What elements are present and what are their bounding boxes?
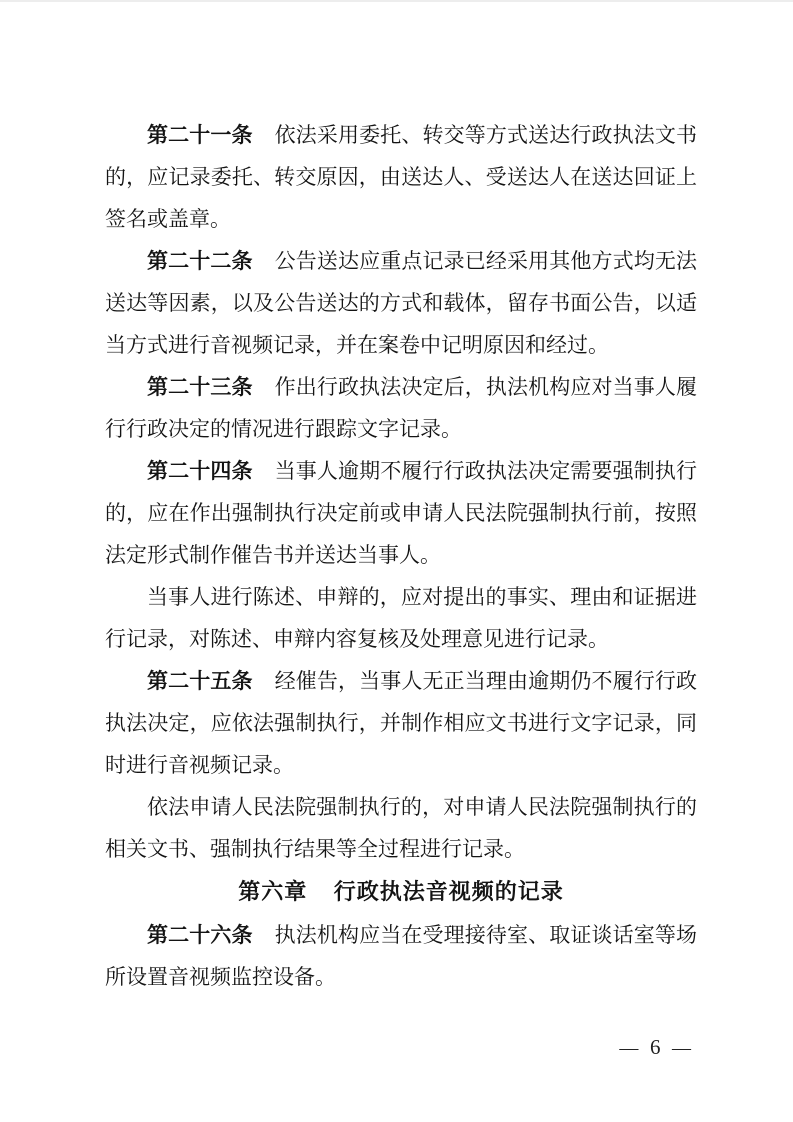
document-page: 第二十一条依法采用委托、转交等方式送达行政执法文书的，应记录委托、转交原因，由送… <box>0 0 793 1122</box>
article-24-paragraph: 第二十四条当事人逾期不履行行政执法决定需要强制执行的，应在作出强制执行决定前或申… <box>105 450 697 576</box>
footer-right-dash: — <box>672 1038 691 1059</box>
chapter-6-heading: 第六章行政执法音视频的记录 <box>105 870 697 914</box>
article-24-clause-2-paragraph: 当事人进行陈述、申辩的，应对提出的事实、理由和证据进行记录，对陈述、申辩内容复核… <box>105 576 697 660</box>
article-23-number: 第二十三条 <box>147 375 253 399</box>
article-22-number: 第二十二条 <box>147 249 253 273</box>
document-body: 第二十一条依法采用委托、转交等方式送达行政执法文书的，应记录委托、转交原因，由送… <box>105 114 697 998</box>
article-25-paragraph: 第二十五条经催告，当事人无正当理由逾期仍不履行行政执法决定，应依法强制执行，并制… <box>105 660 697 786</box>
article-26-number: 第二十六条 <box>147 923 253 947</box>
article-21-number: 第二十一条 <box>147 123 253 147</box>
article-24-clause-2-text: 当事人进行陈述、申辩的，应对提出的事实、理由和证据进行记录，对陈述、申辩内容复核… <box>105 585 697 651</box>
article-23-paragraph: 第二十三条作出行政执法决定后，执法机构应对当事人履行行政决定的情况进行跟踪文字记… <box>105 366 697 450</box>
chapter-6-title: 行政执法音视频的记录 <box>334 879 564 904</box>
page-number: 6 <box>650 1035 661 1059</box>
article-22-paragraph: 第二十二条公告送达应重点记录已经采用其他方式均无法送达等因素，以及公告送达的方式… <box>105 240 697 366</box>
article-25-number: 第二十五条 <box>147 669 253 693</box>
article-25-clause-2-text: 依法申请人民法院强制执行的，对申请人民法院强制执行的相关文书、强制执行结果等全过… <box>105 795 697 861</box>
page-number-footer: —6— <box>619 1032 691 1064</box>
article-25-clause-2-paragraph: 依法申请人民法院强制执行的，对申请人民法院强制执行的相关文书、强制执行结果等全过… <box>105 786 697 870</box>
article-26-paragraph: 第二十六条执法机构应当在受理接待室、取证谈话室等场所设置音视频监控设备。 <box>105 914 697 998</box>
article-24-number: 第二十四条 <box>147 459 253 483</box>
article-21-paragraph: 第二十一条依法采用委托、转交等方式送达行政执法文书的，应记录委托、转交原因，由送… <box>105 114 697 240</box>
footer-left-dash: — <box>619 1038 638 1059</box>
chapter-6-number: 第六章 <box>238 879 307 904</box>
